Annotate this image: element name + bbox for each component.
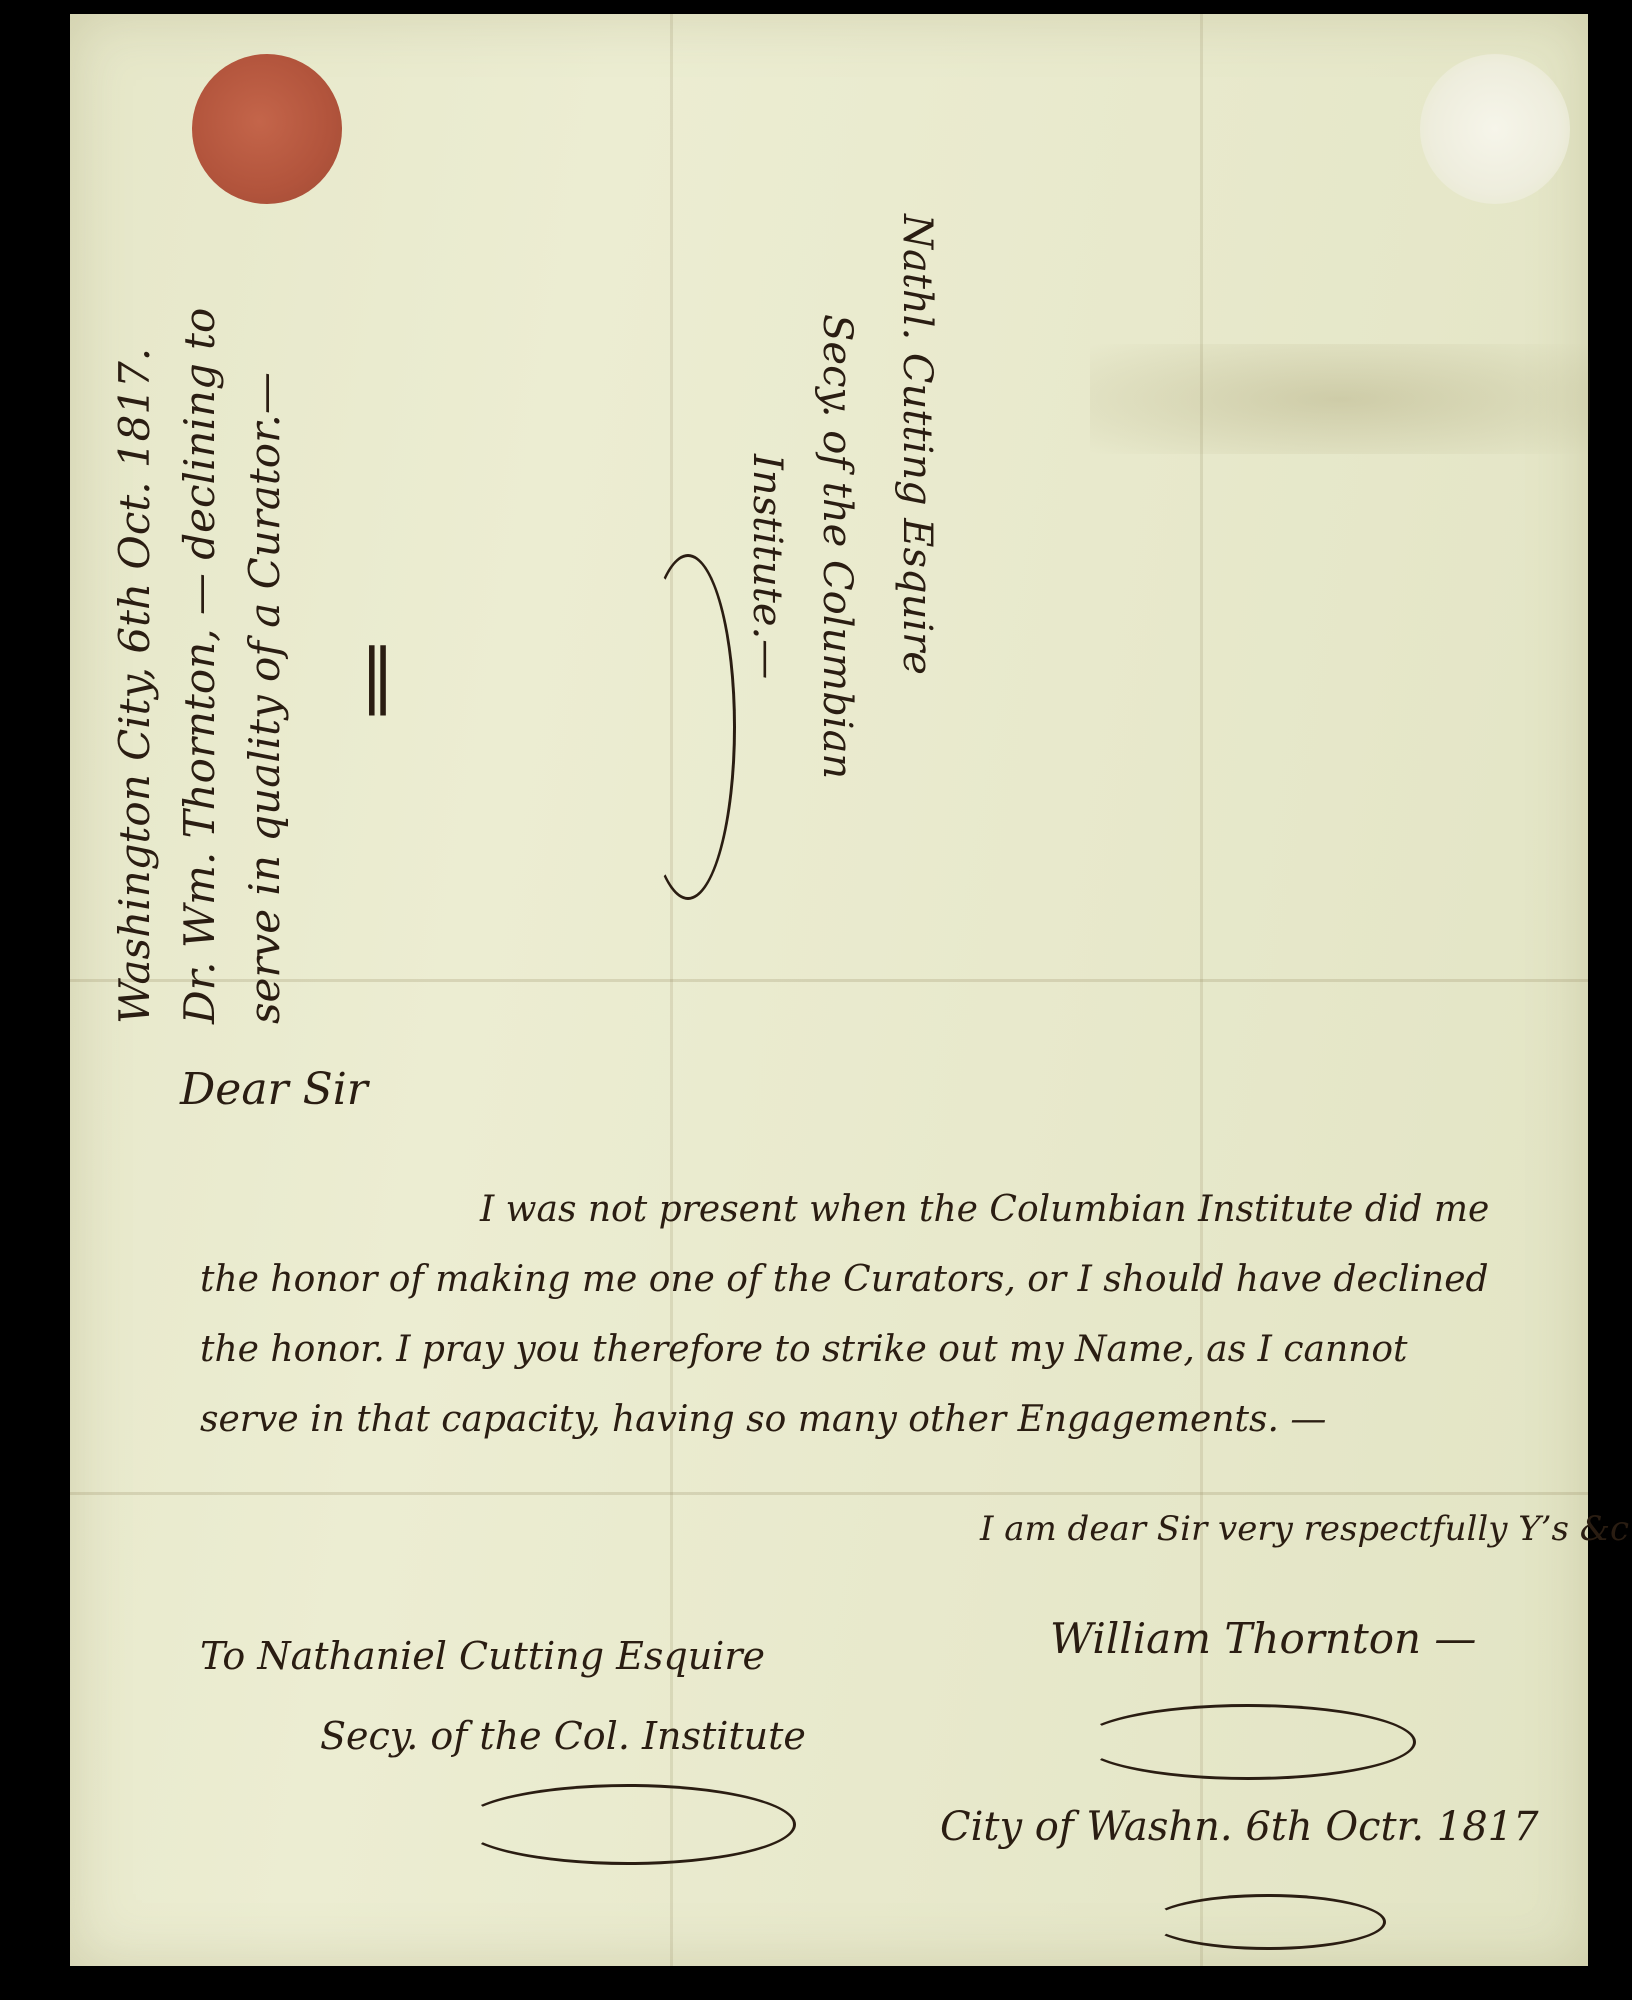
docket-line-1: Washington City, 6th Oct. 1817. bbox=[110, 348, 159, 1024]
white-paper-seal bbox=[1420, 54, 1570, 204]
fold-line-vertical-right bbox=[1200, 14, 1203, 1966]
address-flourish bbox=[640, 554, 736, 900]
recipient-line-1: To Nathaniel Cutting Esquire bbox=[200, 1634, 765, 1678]
docket-mark: ‖ bbox=[360, 634, 395, 716]
body-line-4: serve in that capacity, having so many o… bbox=[200, 1399, 1326, 1440]
salutation: Dear Sir bbox=[180, 1064, 368, 1115]
signature-flourish bbox=[1080, 1704, 1416, 1780]
docket-line-3: serve in quality of a Curator.— bbox=[240, 372, 289, 1024]
body-line-1: I was not present when the Columbian Ins… bbox=[480, 1189, 1489, 1230]
red-wax-seal bbox=[192, 54, 342, 204]
water-stain bbox=[1090, 344, 1590, 454]
fold-line-horizontal-lower bbox=[70, 1492, 1588, 1495]
recipient-flourish bbox=[460, 1784, 796, 1865]
letter-paper: Washington City, 6th Oct. 1817. Dr. Wm. … bbox=[70, 14, 1588, 1966]
docket-line-2: Dr. Wm. Thornton, — declining to bbox=[175, 308, 224, 1024]
address-line-3: Institute.— bbox=[744, 454, 790, 679]
body-line-2: the honor of making me one of the Curato… bbox=[200, 1259, 1489, 1300]
address-line-2: Secy. of the Columbian bbox=[814, 314, 860, 779]
closing: I am dear Sir very respectfully Y’s &c. bbox=[980, 1509, 1632, 1549]
fold-line-horizontal bbox=[70, 979, 1588, 982]
dateline-flourish bbox=[1150, 1894, 1386, 1950]
address-line-1: Nathl. Cutting Esquire bbox=[894, 214, 940, 675]
dateline: City of Washn. 6th Octr. 1817 bbox=[940, 1804, 1539, 1850]
signature: William Thornton — bbox=[1050, 1614, 1476, 1663]
body-line-3: the honor. I pray you therefore to strik… bbox=[200, 1329, 1407, 1370]
recipient-line-2: Secy. of the Col. Institute bbox=[320, 1714, 806, 1758]
